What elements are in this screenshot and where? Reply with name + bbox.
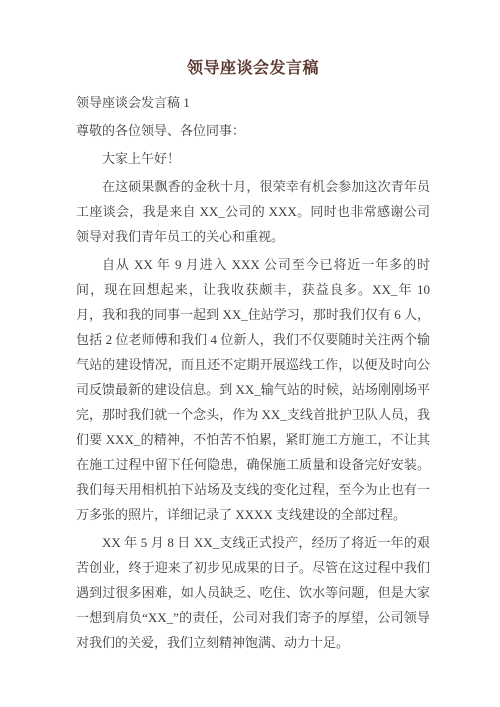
document-page: 领导座谈会发言稿 领导座谈会发言稿 1 尊敬的各位领导、各位同事： 大家上午好！… xyxy=(0,0,500,707)
paragraph-greeting: 大家上午好！ xyxy=(76,146,430,171)
paragraph-experience: 自从 XX 年 9 月进入 XXX 公司至今已将近一年多的时间，现在回想起来，让… xyxy=(76,252,430,527)
paragraph-production: XX 年 5 月 8 日 XX_支线正式投产，经历了将近一年的艰苦创业，终于迎来… xyxy=(76,530,430,655)
document-title: 领导座谈会发言稿 xyxy=(76,58,430,79)
paragraph-intro: 在这硕果飘香的金秋十月，很荣幸有机会参加这次青年员工座谈会，我是来自 XX_公司… xyxy=(76,174,430,249)
paragraph-salutation: 尊敬的各位领导、各位同事： xyxy=(76,118,430,143)
document-body: 领导座谈会发言稿 领导座谈会发言稿 1 尊敬的各位领导、各位同事： 大家上午好！… xyxy=(76,58,430,658)
paragraph-subtitle: 领导座谈会发言稿 1 xyxy=(76,90,430,115)
